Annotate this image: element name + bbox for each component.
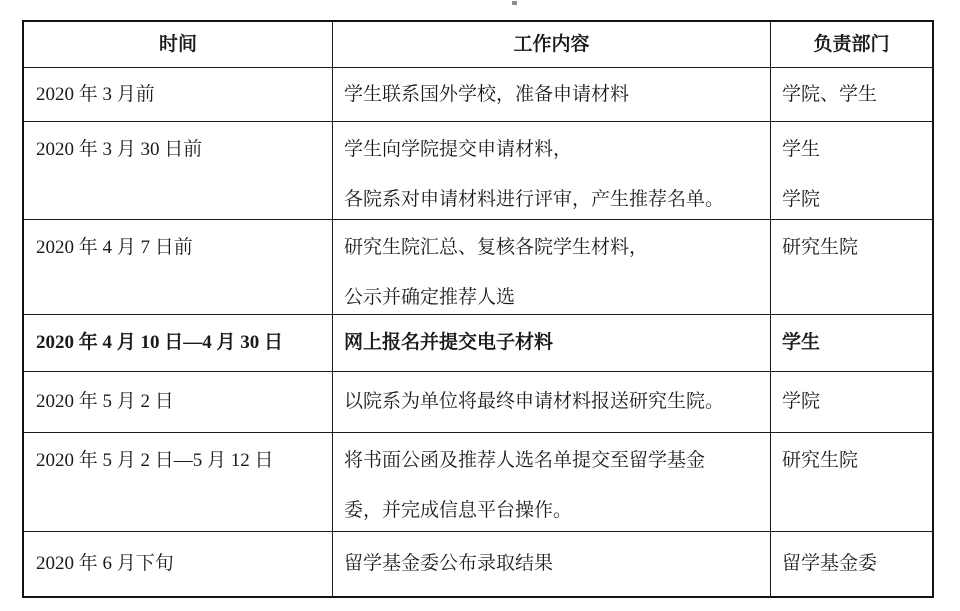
time-cell: 2020 年 3 月 30 日前 bbox=[24, 122, 333, 220]
department-cell: 研究生院 bbox=[771, 433, 932, 532]
department-cell: 学生 bbox=[771, 315, 932, 372]
department-text: 学生 bbox=[782, 125, 932, 175]
work-content-text: 各院系对申请材料进行评审，产生推荐名单。 bbox=[344, 175, 770, 220]
header-time: 时间 bbox=[24, 22, 333, 68]
time-cell: 2020 年 5 月 2 日—5 月 12 日 bbox=[24, 433, 333, 532]
work-content-cell: 将书面公函及推荐人选名单提交至留学基金 委，并完成信息平台操作。 bbox=[333, 433, 771, 532]
time-text: 2020 年 3 月前 bbox=[36, 83, 332, 107]
time-text: 2020 年 6 月下旬 bbox=[36, 552, 332, 576]
department-text: 研究生院 bbox=[782, 436, 932, 486]
department-cell: 学院 bbox=[771, 372, 932, 433]
work-content-text: 网上报名并提交电子材料 bbox=[344, 331, 770, 355]
work-content-cell: 学生联系国外学校，准备申请材料 bbox=[333, 68, 771, 122]
work-content-text: 以院系为单位将最终申请材料报送研究生院。 bbox=[344, 390, 770, 414]
work-content-cell: 以院系为单位将最终申请材料报送研究生院。 bbox=[333, 372, 771, 433]
time-cell: 2020 年 4 月 10 日—4 月 30 日 bbox=[24, 315, 333, 372]
time-text: 2020 年 4 月 7 日前 bbox=[36, 223, 332, 273]
time-text: 2020 年 3 月 30 日前 bbox=[36, 125, 332, 175]
department-cell: 研究生院 bbox=[771, 220, 932, 315]
header-time-label: 时间 bbox=[159, 33, 197, 57]
department-text: 学院、学生 bbox=[782, 83, 932, 107]
work-content-text: 委，并完成信息平台操作。 bbox=[344, 486, 770, 532]
department-text: 学生 bbox=[782, 331, 932, 355]
time-cell: 2020 年 5 月 2 日 bbox=[24, 372, 333, 433]
time-text: 2020 年 5 月 2 日 bbox=[36, 390, 332, 414]
department-text: 学院 bbox=[782, 390, 932, 414]
schedule-table: 时间 工作内容 负责部门 2020 年 3 月前 学生联系国外学校，准备申请材料… bbox=[22, 20, 934, 598]
work-content-cell: 研究生院汇总、复核各院学生材料， 公示并确定推荐人选 bbox=[333, 220, 771, 315]
work-content-text: 公示并确定推荐人选 bbox=[344, 273, 770, 315]
header-department: 负责部门 bbox=[771, 22, 932, 68]
time-text: 2020 年 5 月 2 日—5 月 12 日 bbox=[36, 436, 332, 486]
work-content-cell: 网上报名并提交电子材料 bbox=[333, 315, 771, 372]
time-cell: 2020 年 3 月前 bbox=[24, 68, 333, 122]
stray-mark bbox=[512, 1, 517, 5]
work-content-text: 学生联系国外学校，准备申请材料 bbox=[344, 83, 770, 107]
header-work-content-label: 工作内容 bbox=[513, 33, 589, 57]
department-text: 学院 bbox=[782, 175, 932, 220]
time-cell: 2020 年 6 月下旬 bbox=[24, 532, 333, 596]
department-cell: 学院、学生 bbox=[771, 68, 932, 122]
work-content-cell: 学生向学院提交申请材料， 各院系对申请材料进行评审，产生推荐名单。 bbox=[333, 122, 771, 220]
department-text: 研究生院 bbox=[782, 223, 932, 273]
header-work-content: 工作内容 bbox=[333, 22, 771, 68]
work-content-cell: 留学基金委公布录取结果 bbox=[333, 532, 771, 596]
time-text: 2020 年 4 月 10 日—4 月 30 日 bbox=[36, 331, 332, 355]
work-content-text: 将书面公函及推荐人选名单提交至留学基金 bbox=[344, 436, 770, 486]
work-content-text: 研究生院汇总、复核各院学生材料， bbox=[344, 223, 770, 273]
time-cell: 2020 年 4 月 7 日前 bbox=[24, 220, 333, 315]
document-page: 时间 工作内容 负责部门 2020 年 3 月前 学生联系国外学校，准备申请材料… bbox=[0, 0, 960, 611]
department-text: 留学基金委 bbox=[782, 552, 932, 576]
department-cell: 学生 学院 bbox=[771, 122, 932, 220]
header-department-label: 负责部门 bbox=[813, 33, 889, 57]
department-cell: 留学基金委 bbox=[771, 532, 932, 596]
work-content-text: 学生向学院提交申请材料， bbox=[344, 125, 770, 175]
work-content-text: 留学基金委公布录取结果 bbox=[344, 552, 770, 576]
